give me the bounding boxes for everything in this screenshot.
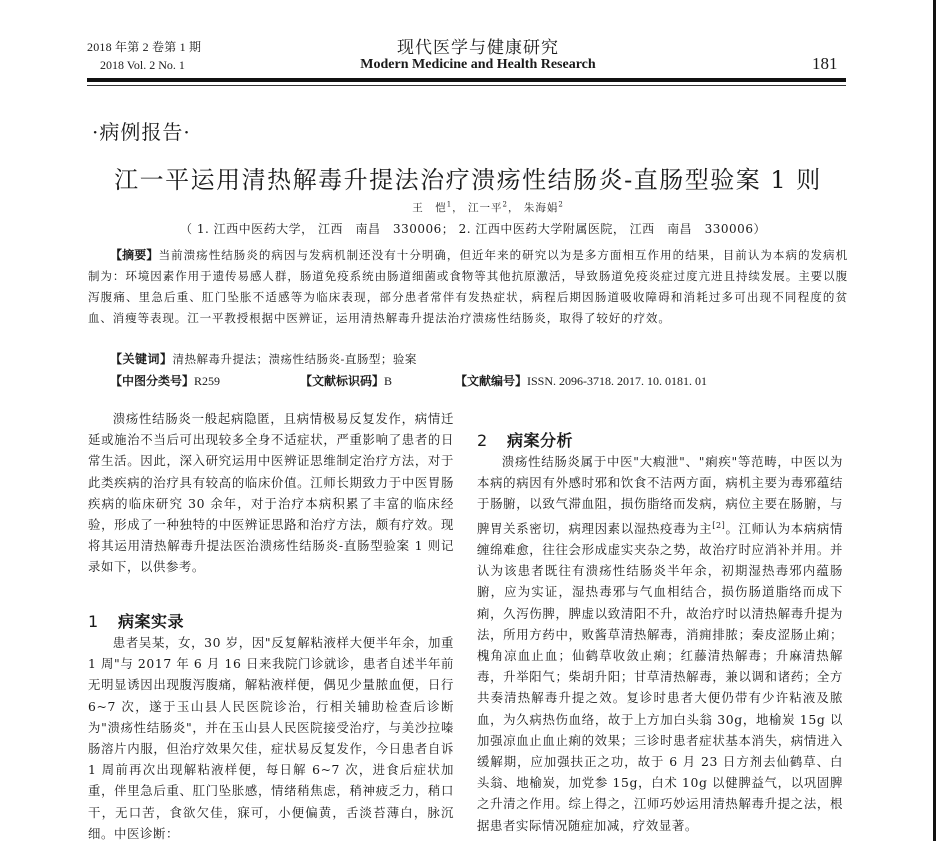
article-title: 江一平运用清热解毒升提法治疗溃疡性结肠炎-直肠型验案 1 则 <box>0 160 936 195</box>
affiliations: （ 1. 江西中医药大学， 江西 南昌 330006； 2. 江西中医药大学附属… <box>0 220 936 237</box>
header-rule-thin <box>87 85 846 86</box>
author-affil-sup: 2 <box>558 201 563 209</box>
abstract-label: 【摘要】 <box>110 248 159 262</box>
section-1-heading: 1病案实录 <box>88 609 184 632</box>
keywords: 【关键词】清热解毒升提法；溃疡性结肠炎-直肠型；验案 <box>110 350 417 367</box>
header-rule-thick <box>87 78 846 82</box>
author-name: 朱海娟 <box>524 202 559 214</box>
doc-code-field: 【文献标识码】B <box>300 372 392 389</box>
section-2-heading: 2病案分析 <box>477 428 573 451</box>
citation-ref[interactable]: [2] <box>712 521 725 530</box>
intro-paragraph: 溃疡性结肠炎一般起病隐匿，且病情极易反复发作，病情迁延或施治不当后可出现较多全身… <box>88 408 454 578</box>
section-1-body: 患者吴某，女，30 岁，因"反复解粘液样大便半年余，加重 1 周"与 2017 … <box>88 632 454 841</box>
clc-value: R259 <box>194 374 220 388</box>
clc-field: 【中图分类号】R259 <box>110 372 220 389</box>
doc-code-value: B <box>384 374 392 388</box>
section-tag: ·病例报告· <box>92 116 191 145</box>
article-no-field: 【文献编号】ISSN. 2096-3718. 2017. 10. 0181. 0… <box>455 372 707 389</box>
journal-title-en: Modern Medicine and Health Research <box>0 57 936 73</box>
author-name: 王 恺 <box>412 202 447 214</box>
keywords-label: 【关键词】 <box>110 352 173 366</box>
author-name: 江一平 <box>468 202 503 214</box>
abstract: 【摘要】当前溃疡性结肠炎的病因与发病机制还没有十分明确，但近年来的研究以为是多方… <box>88 245 848 329</box>
page-number: 181 <box>812 54 838 74</box>
abstract-text: 当前溃疡性结肠炎的病因与发病机制还没有十分明确，但近年来的研究以为是多方面相互作… <box>88 248 848 325</box>
keywords-text: 清热解毒升提法；溃疡性结肠炎-直肠型；验案 <box>173 352 417 366</box>
section-2-body: 溃疡性结肠炎属于中医"大瘕泄"、"痢疾"等范畴，中医以为本病的病因有外感时邪和饮… <box>477 451 843 836</box>
article-no-value: ISSN. 2096-3718. 2017. 10. 0181. 01 <box>527 374 707 388</box>
journal-title-cn: 现代医学与健康研究 <box>0 33 936 58</box>
author-list: 王 恺1， 江一平2， 朱海娟2 <box>0 200 936 215</box>
